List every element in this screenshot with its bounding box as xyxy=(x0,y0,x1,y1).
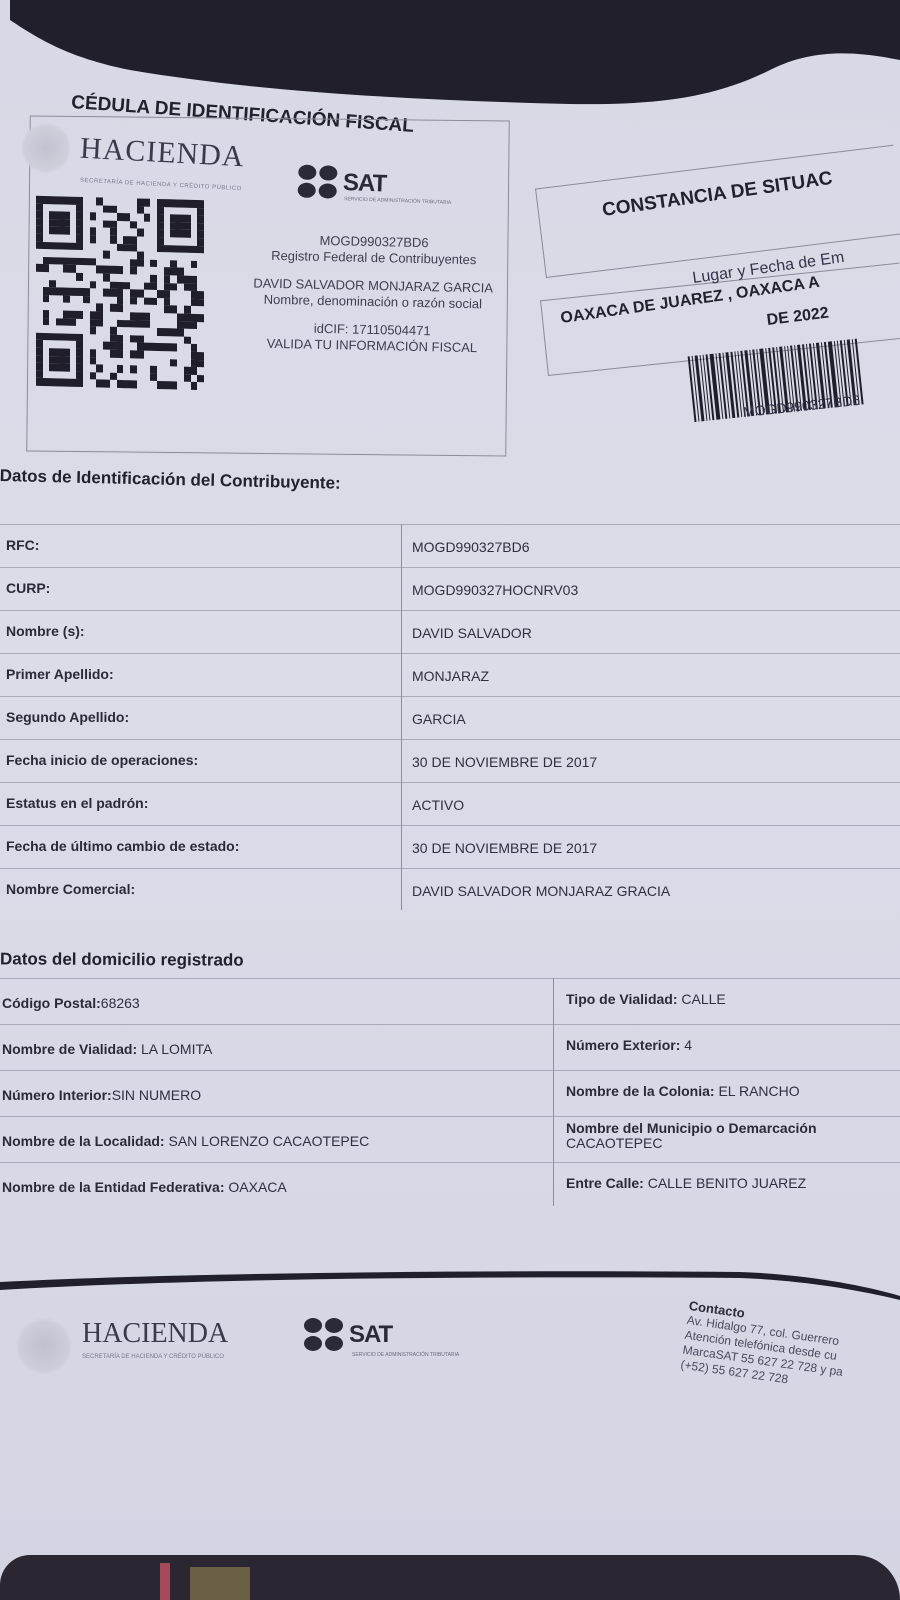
address-label: Nombre de la Entidad Federativa: xyxy=(2,1179,225,1195)
bottom-fabric-edge xyxy=(0,1555,900,1600)
document-page: CÉDULA DE IDENTIFICACIÓN FISCAL HACIENDA… xyxy=(0,0,900,1600)
sat-logo: SAT xyxy=(297,164,386,200)
eagle-emblem-icon xyxy=(22,120,70,176)
address-right-cell: Nombre del Municipio o DemarcaciónCACAOT… xyxy=(566,1121,817,1151)
row-label: CURP: xyxy=(6,580,50,596)
table-row: Estatus en el padrón:ACTIVO xyxy=(0,782,900,827)
footer-sat-logo: SAT xyxy=(304,1318,392,1351)
row-label: Nombre (s): xyxy=(6,623,85,639)
address-value: CALLE xyxy=(678,991,726,1007)
row-value: MOGD990327BD6 xyxy=(412,539,530,555)
address-value: SIN NUMERO xyxy=(112,1087,201,1103)
constancia-box xyxy=(535,145,900,278)
address-row: Nombre de la Entidad Federativa: OAXACAE… xyxy=(0,1162,900,1209)
row-value: MOGD990327HOCNRV03 xyxy=(412,582,578,598)
address-right-cell: Tipo de Vialidad: CALLE xyxy=(566,991,726,1007)
footer-hacienda-logo: HACIENDA xyxy=(82,1318,228,1350)
row-label: RFC: xyxy=(6,537,39,553)
address-row: Nombre de la Localidad: SAN LORENZO CACA… xyxy=(0,1116,900,1163)
table-row: Segundo Apellido:GARCIA xyxy=(0,696,900,741)
address-row: Código Postal:68263Tipo de Vialidad: CAL… xyxy=(0,978,900,1025)
row-value: GARCIA xyxy=(412,711,466,727)
address-label: Número Exterior: xyxy=(566,1037,680,1053)
address-label: Entre Calle: xyxy=(566,1175,644,1191)
footer-black-band xyxy=(0,1270,900,1300)
address-label: Número Interior: xyxy=(2,1087,112,1103)
row-label: Primer Apellido: xyxy=(6,666,114,682)
footer-hacienda-subtitle: SECRETARÍA DE HACIENDA Y CRÉDITO PÚBLICO xyxy=(82,1354,224,1360)
footer-sat-subtitle: SERVICIO DE ADMINISTRACIÓN TRIBUTARIA xyxy=(352,1352,459,1358)
row-label: Segundo Apellido: xyxy=(6,709,129,725)
row-value: DAVID SALVADOR xyxy=(412,625,532,641)
footer-sat-logo-text: SAT xyxy=(349,1321,392,1349)
row-value: ACTIVO xyxy=(412,797,464,813)
footer-eagle-emblem-icon xyxy=(16,1316,72,1376)
address-right-cell: Nombre de la Colonia: EL RANCHO xyxy=(566,1083,800,1099)
address-left-cell: Número Interior:SIN NUMERO xyxy=(2,1087,201,1103)
table-row: RFC:MOGD990327BD6 xyxy=(0,524,900,569)
address-row: Número Interior:SIN NUMERONombre de la C… xyxy=(0,1070,900,1117)
row-value: DAVID SALVADOR MONJARAZ GRACIA xyxy=(412,883,670,899)
address-value: LA LOMITA xyxy=(137,1041,212,1057)
table-divider xyxy=(401,524,402,910)
footer-sat-dots-icon xyxy=(304,1318,343,1351)
address-label: Tipo de Vialidad: xyxy=(566,991,678,1007)
address-label: Nombre de la Localidad: xyxy=(2,1133,165,1149)
sat-logo-text: SAT xyxy=(343,169,387,198)
address-value: OAXACA xyxy=(225,1179,287,1195)
address-right-cell: Entre Calle: CALLE BENITO JUAREZ xyxy=(566,1175,806,1191)
address-left-cell: Código Postal:68263 xyxy=(2,995,140,1011)
table-row: CURP:MOGD990327HOCNRV03 xyxy=(0,567,900,612)
address-value: 68263 xyxy=(101,995,140,1011)
table-row: Nombre (s):DAVID SALVADOR xyxy=(0,610,900,655)
address-value: 4 xyxy=(680,1037,692,1053)
address-label: Nombre del Municipio o Demarcación xyxy=(566,1120,817,1136)
qr-code-icon[interactable] xyxy=(36,196,204,390)
table-row: Fecha de último cambio de estado:30 DE N… xyxy=(0,825,900,870)
contact-block: Contacto Av. Hidalgo 77, col. Guerrero A… xyxy=(680,1298,851,1395)
top-black-band xyxy=(10,0,900,105)
address-left-cell: Nombre de la Localidad: SAN LORENZO CACA… xyxy=(2,1133,369,1149)
table-row: Fecha inicio de operaciones:30 DE NOVIEM… xyxy=(0,739,900,784)
row-label: Fecha inicio de operaciones: xyxy=(6,752,198,768)
identificacion-title: Datos de Identificación del Contribuyent… xyxy=(0,466,341,494)
address-label: Nombre de la Colonia: xyxy=(566,1083,715,1099)
address-divider xyxy=(553,978,554,1206)
row-label: Estatus en el padrón: xyxy=(6,795,148,811)
row-value: MONJARAZ xyxy=(412,668,489,684)
cedula-info: MOGD990327BD6 Registro Federal de Contri… xyxy=(245,231,501,356)
address-right-cell: Número Exterior: 4 xyxy=(566,1037,692,1053)
domicilio-title: Datos del domicilio registrado xyxy=(0,949,244,970)
address-value: SAN LORENZO CACAOTEPEC xyxy=(165,1133,370,1149)
address-value: CALLE BENITO JUAREZ xyxy=(644,1175,806,1191)
address-row: Nombre de Vialidad: LA LOMITANúmero Exte… xyxy=(0,1024,900,1071)
address-label: Código Postal: xyxy=(2,995,101,1011)
address-left-cell: Nombre de Vialidad: LA LOMITA xyxy=(2,1041,212,1057)
address-value: CACAOTEPEC xyxy=(566,1135,662,1151)
row-label: Nombre Comercial: xyxy=(6,881,135,897)
row-value: 30 DE NOVIEMBRE DE 2017 xyxy=(412,840,597,856)
row-value: 30 DE NOVIEMBRE DE 2017 xyxy=(412,754,597,770)
address-left-cell: Nombre de la Entidad Federativa: OAXACA xyxy=(2,1179,287,1195)
table-row: Nombre Comercial:DAVID SALVADOR MONJARAZ… xyxy=(0,868,900,913)
row-label: Fecha de último cambio de estado: xyxy=(6,838,239,854)
table-row: Primer Apellido:MONJARAZ xyxy=(0,653,900,698)
address-value: EL RANCHO xyxy=(715,1083,800,1099)
sat-dots-icon xyxy=(297,164,337,198)
address-label: Nombre de Vialidad: xyxy=(2,1041,137,1057)
